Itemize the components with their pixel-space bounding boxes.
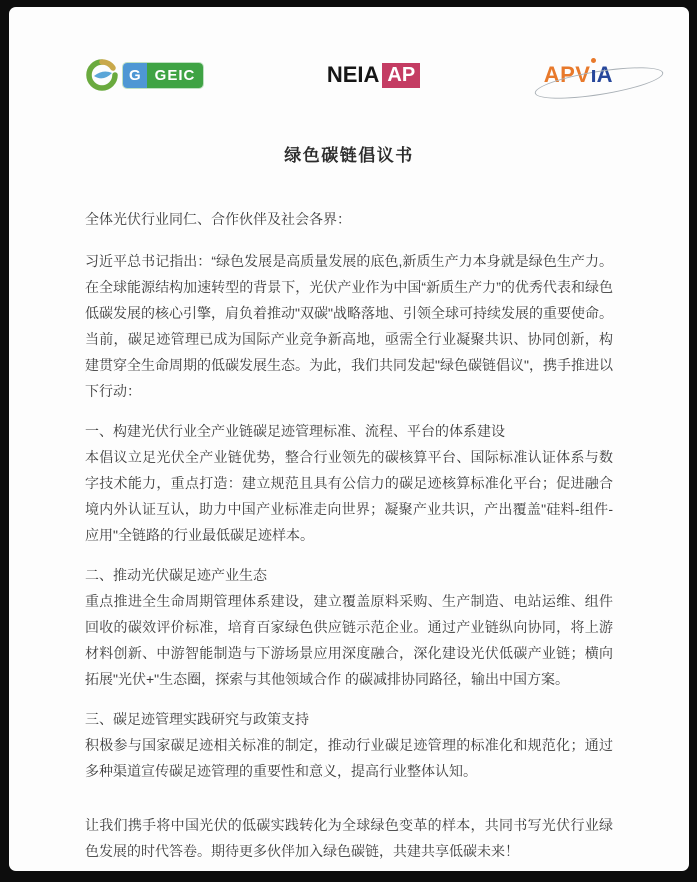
section-2-paragraph: 重点推进全生命周期管理体系建设，建立覆盖原料采购、生产制造、电站运维、组件回收的…: [85, 588, 613, 692]
document-title: 绿色碳链倡议书: [85, 141, 613, 166]
photo-frame: G GEIC NEIA AP APV ı A 绿色碳链倡议书 全体光伏行业同仁、…: [0, 0, 697, 882]
ggeic-wordmark: G GEIC: [123, 63, 203, 88]
section-1-heading: 一、构建光伏行业全产业链碳足迹管理标准、流程、平台的体系建设: [85, 418, 613, 444]
intro-paragraph: 习近平总书记指出：“绿色发展是高质量发展的底色,新质生产力本身就是绿色生产力。在…: [85, 248, 613, 404]
apvia-i-label: ı: [590, 64, 596, 86]
section-3-paragraph: 积极参与国家碳足迹相关标准的制定，推动行业碳足迹管理的标准化和规范化；通过多种渠…: [85, 732, 613, 784]
ggeic-swirl-icon: [85, 58, 119, 92]
apvia-logo: APV ı A: [544, 64, 613, 86]
neiaap-ap-label: AP: [382, 63, 420, 88]
section-1-paragraph: 本倡议立足光伏全产业链优势，整合行业领先的碳核算平台、国际标准认证体系与数字技术…: [85, 444, 613, 548]
ggeic-g-label: G: [123, 63, 147, 88]
apvia-a-label: A: [597, 64, 613, 86]
logo-row: G GEIC NEIA AP APV ı A: [85, 55, 613, 95]
ggeic-geic-label: GEIC: [147, 63, 204, 88]
ggeic-logo: G GEIC: [85, 58, 203, 92]
neiaap-neia-label: NEIA: [327, 64, 380, 86]
closing-paragraph: 让我们携手将中国光伏的低碳实践转化为全球绿色变革的样本，共同书写光伏行业绿色发展…: [85, 812, 613, 864]
section-2-heading: 二、推动光伏碳足迹产业生态: [85, 562, 613, 588]
section-3-heading: 三、碳足迹管理实践研究与政策支持: [85, 706, 613, 732]
document-page: G GEIC NEIA AP APV ı A 绿色碳链倡议书 全体光伏行业同仁、…: [9, 7, 689, 871]
neiaap-logo: NEIA AP: [327, 63, 420, 88]
salutation: 全体光伏行业同仁、合作伙伴及社会各界：: [85, 206, 613, 232]
apvia-apv-label: APV: [544, 64, 591, 86]
